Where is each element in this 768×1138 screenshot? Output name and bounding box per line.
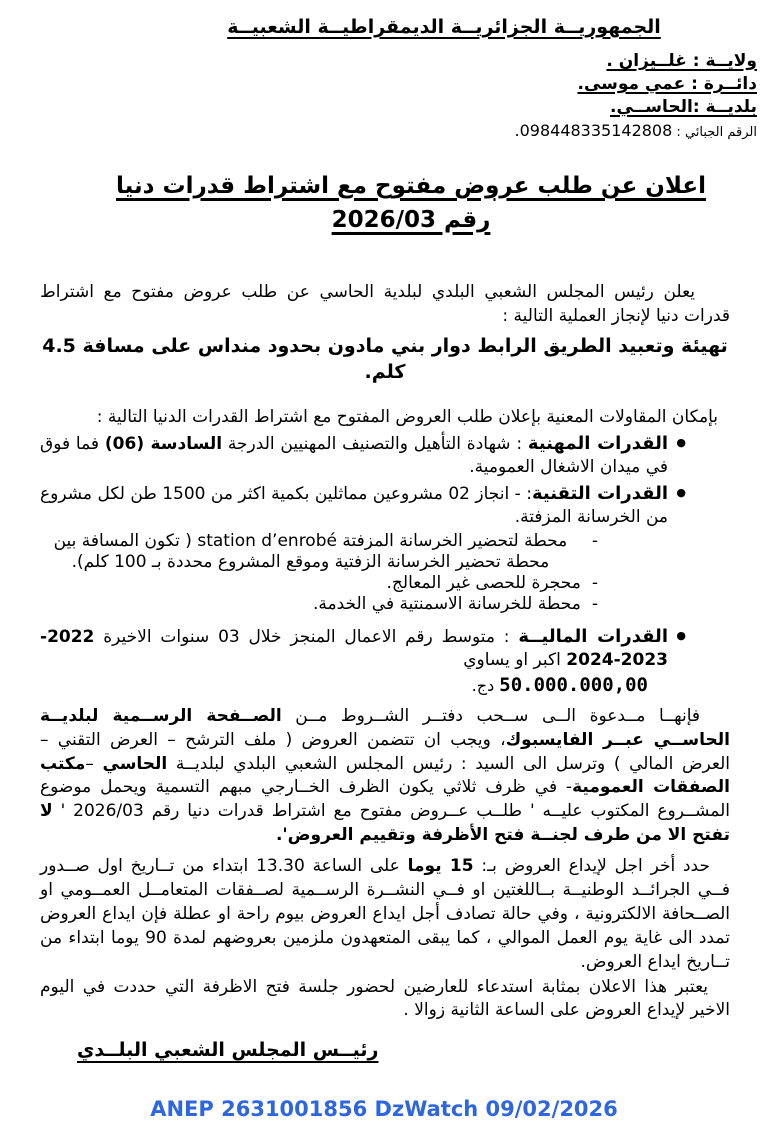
wilaya-line: ولايــة : غلــيزان . <box>0 50 768 73</box>
deadline-days-emphasis: 15 يوما <box>408 856 474 876</box>
deadline-text: حدد أخر اجل لإيداع العروض بـ: <box>474 856 710 876</box>
tax-id-line: الرقم الجبائي : 098448335142808. <box>0 119 768 145</box>
intro-paragraph: يعلن رئيس المجلس الشعبي البلدي لبلدية ال… <box>40 281 730 328</box>
bullet-icon: ● <box>676 437 686 448</box>
deadline-paragraph: حدد أخر اجل لإيداع العروض بـ: 15 يوما عل… <box>40 854 730 974</box>
technical-sub-requirements: - محطة لتحضير الخرسانة المزفتة station d… <box>40 531 668 615</box>
sub-requirement-text: محطة لتحضير الخرسانة المزفتة station d’e… <box>40 531 581 573</box>
announcement-title: اعلان عن طلب عروض مفتوح مع اشتراط قدرات … <box>54 169 768 237</box>
tax-id-label: الرقم الجبائي : <box>672 125 757 140</box>
announcement-document: الجمهوريــة الجزائريــة الديمقراطيــة ال… <box>0 0 768 1138</box>
dash-icon: - <box>592 573 598 594</box>
sub-requirement-text: محطة للخرسانة الاسمنتية في الخدمة. <box>40 594 581 615</box>
project-description: تهيئة وتعبيد الطريق الرابط دوار بني مادو… <box>40 333 730 385</box>
financial-capacities-text: : متوسط رقم الاعمال المنجز خلال 03 سنوات… <box>94 627 518 647</box>
issuing-authority-block: ولايــة : غلــيزان . دائــرة : عمي موسى.… <box>0 50 768 145</box>
announcement-title-line2: رقم 2026/03 <box>332 203 491 237</box>
amount-value: 50.000.000,00 <box>499 674 648 696</box>
minimum-turnover-line: 50.000.000,00 دج. <box>40 673 648 698</box>
technical-capacities-label: القدرات التقنية <box>532 483 668 504</box>
announcement-title-line1: اعلان عن طلب عروض مفتوح مع اشتراط قدرات … <box>116 169 706 203</box>
dash-icon: - <box>592 531 598 573</box>
professional-capacities-label: القدرات المهنية <box>528 433 668 454</box>
bullet-icon: ● <box>676 630 686 641</box>
signature-title: رئيــس المجلس الشعبي البلــدي <box>40 1039 730 1061</box>
commune-line: بلديــة :الحاســي. <box>0 96 768 119</box>
anep-footer: ANEP 2631001856 DzWatch 09/02/2026 <box>0 1097 768 1121</box>
sub-requirement-text: محجرة للحصى غير المعالج. <box>40 573 581 594</box>
grade-value: السادسة (06) <box>105 434 222 454</box>
financial-capacities-label: القدرات الماليــة <box>518 626 668 647</box>
withdrawal-text: – <box>85 754 102 774</box>
republic-title: الجمهوريــة الجزائريــة الديمقراطيــة ال… <box>120 16 768 38</box>
daira-line: دائــرة : عمي موسى. <box>0 73 768 96</box>
withdrawal-paragraph: فإنهــا مــدعوة الــى ســحب دفتــر الشــ… <box>40 705 730 848</box>
sub-requirement: - محطة للخرسانة الاسمنتية في الخدمة. <box>40 594 668 615</box>
capacities-list: ●القدرات المهنية : شهادة التأهيل والتصني… <box>40 432 730 698</box>
sub-requirement: - محجرة للحصى غير المعالج. <box>40 573 668 594</box>
professional-capacities-text: : شهادة التأهيل والتصنيف المهنيين الدرجة <box>222 434 528 454</box>
invitation-paragraph: يعتبر هذا الاعلان بمثابة استدعاء للعارضي… <box>40 976 730 1023</box>
bullet-icon: ● <box>676 487 686 498</box>
financial-capacities-item: ●القدرات الماليــة : متوسط رقم الاعمال ا… <box>40 625 730 698</box>
eligibility-line: بإمكان المقاولات المعنية بإعلان طلب العر… <box>40 406 730 429</box>
technical-capacities-item: ●القدرات التقنية: - انجاز 02 مشروعين مما… <box>40 482 730 615</box>
commune-emphasis: الحاسي <box>103 754 168 774</box>
sub-requirement: - محطة لتحضير الخرسانة المزفتة station d… <box>40 531 668 573</box>
dash-icon: - <box>592 594 598 615</box>
currency-label: دج. <box>472 676 500 695</box>
withdrawal-text: فإنهــا مــدعوة الــى ســحب دفتــر الشــ… <box>282 706 700 726</box>
signature-text: رئيــس المجلس الشعبي البلــدي <box>77 1039 378 1061</box>
tax-id-number: 098448335142808. <box>515 121 673 140</box>
document-body: يعلن رئيس المجلس الشعبي البلدي لبلدية ال… <box>0 281 768 1061</box>
financial-capacities-tail: اكبر او يساوي <box>463 650 566 670</box>
professional-capacities-item: ●القدرات المهنية : شهادة التأهيل والتصني… <box>40 432 730 479</box>
